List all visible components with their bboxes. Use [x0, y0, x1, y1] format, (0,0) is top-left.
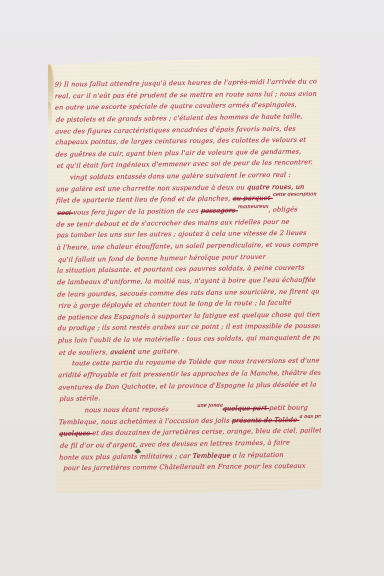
manuscript-segment-strike: au parquet [232, 194, 272, 202]
manuscript-segment: de lambeaux d'uniforme, la moitié nus, n… [57, 276, 316, 286]
manuscript-segment-strike: passagers [201, 206, 238, 215]
manuscript-segment: filet de sparterie tient lieu de fond et… [56, 195, 233, 205]
manuscript-segment: à l'heure, une chaleur étouffante, un so… [56, 240, 318, 251]
manuscript-segment-dark: avaient [110, 347, 138, 355]
manuscript-segment: de se tenir debout et de s'accrocher des… [56, 217, 290, 228]
manuscript-segment: une guitare. [138, 347, 181, 356]
manuscript-segment: chapeaux pointus, de larges ceintures ro… [55, 136, 306, 146]
manuscript-segment: nous nous étant reposés [84, 405, 171, 414]
manuscript-segment: toute cette partie du royaume de Tolède … [72, 357, 320, 368]
manuscript-segment-dark: Tembleque [193, 451, 233, 459]
manuscript-page: 9) Il nous fallut attendre jusqu'à deux … [45, 56, 326, 495]
manuscript-segment-strike: quelque part [222, 404, 269, 413]
manuscript-segment: de pistolets et de grands sabres ; c'éta… [56, 112, 303, 124]
manuscript-line: pour les jarretières comme Châtellerault… [59, 461, 322, 475]
manuscript-segment: , obligés [268, 205, 298, 213]
manuscript-segment: vous fera juger de la position de ces [73, 207, 201, 217]
manuscript-segment: de patience des Espagnols à supporter la… [57, 310, 319, 321]
manuscript-segment: qu'il fallait un fond de bonne humeur hé… [58, 252, 266, 263]
manuscript-segment: la situation plaisante. et pourtant ces … [57, 264, 305, 275]
manuscript-segment-insert: malheureux [238, 204, 269, 214]
manuscript-segment: en outre une escorte spéciale de quatre … [55, 101, 297, 112]
manuscript-segment-insert: de peu d'apparence, [310, 402, 321, 411]
manuscript-segment: honte aux plus galants militaires ; car [59, 451, 193, 461]
manuscript-segment: plus loin l'oubli de la vie matérielle :… [58, 333, 320, 344]
manuscript-text: 9) Il nous fallut attendre jusqu'à deux … [45, 56, 326, 495]
manuscript-segment: une galère est une charrette non suspend… [56, 183, 247, 193]
manuscript-segment: Tembleque, nous achetâmes à l'occasion d… [59, 416, 232, 426]
manuscript-segment-insert: cette description [273, 193, 317, 202]
photo-backdrop: 9) Il nous fallut attendre jusqu'à deux … [0, 0, 384, 576]
manuscript-segment: vingt soldats entassés dans une galère s… [70, 171, 291, 182]
manuscript-segment: du prodige ; ils sont restés arabes sur … [57, 322, 319, 333]
manuscript-segment: plus stérile. [59, 395, 100, 404]
manuscript-segment: rire à gorge déployée et chanter tout le… [58, 299, 292, 310]
manuscript-segment: Il nous fallut attendre jusqu'à deux heu… [64, 77, 317, 88]
manuscript-segment: aventures de Don Quichotte, et la provin… [58, 380, 317, 391]
manuscript-segment-dark: quatre roues, un [247, 183, 305, 192]
manuscript-segment-strike: quelques [59, 429, 93, 437]
manuscript-segment: des guêtres de cuir, ayant bien plus l'a… [55, 147, 301, 158]
manuscript-segment: pas tomber les uns sur les autres ; ajou… [56, 229, 307, 239]
manuscript-segment: aridité effroyable et fait pressentir le… [58, 368, 320, 379]
manuscript-segment-strike: ceci [57, 209, 74, 217]
manuscript-segment: petit bourg [269, 403, 310, 412]
manuscript-segment-insert: à bas prix [299, 414, 321, 423]
manuscript-segment: et de souliers, [59, 348, 111, 357]
manuscript-segment: de fil d'or ou d'argent, avec des devise… [60, 438, 290, 449]
manuscript-segment: et qu'il était fort ingénieux d'emmener … [56, 159, 313, 171]
manuscript-segment-insert: une fonda [171, 402, 223, 412]
manuscript-segment: real, car il n'eût pas été prudent de se… [55, 89, 317, 100]
manuscript-segment-strike: présents de Tolède [232, 415, 300, 424]
manuscript-segment: a la réputation [233, 450, 285, 459]
manuscript-segment: et des douzaines de jarretières cerise, … [92, 426, 321, 437]
manuscript-segment: pour les jarretières comme Châtellerault… [63, 462, 306, 472]
manuscript-segment: de leurs gourdes, secoués comme des rats… [57, 287, 319, 298]
manuscript-segment: avec des figures caractéristiques encadr… [55, 124, 296, 135]
